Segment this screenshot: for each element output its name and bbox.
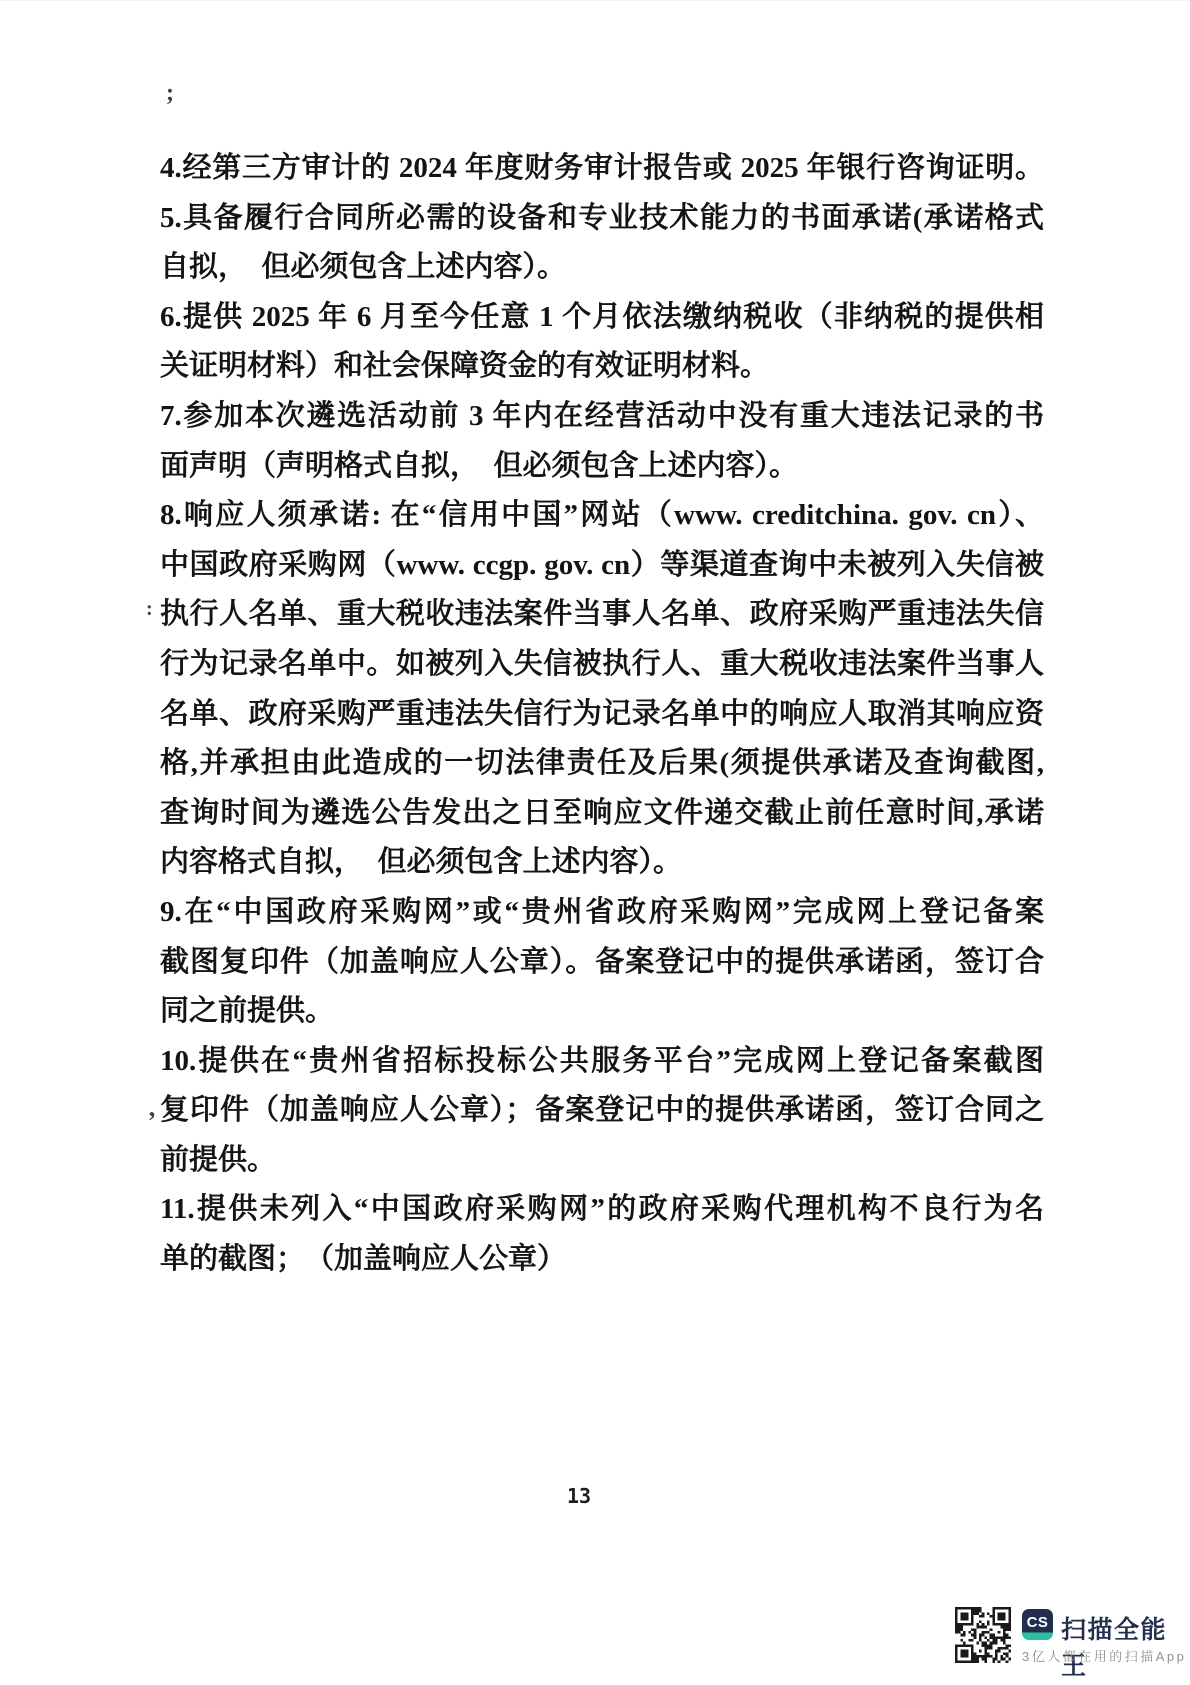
text-line: 面声明（声明格式自拟， 但必须包含上述内容）。: [160, 442, 1044, 492]
qr-code: [955, 1607, 1011, 1663]
text-line: 执行人名单、重大税收违法案件当事人名单、政府采购严重违法失信: [160, 590, 1044, 640]
scan-artifact-left-margin: :: [146, 599, 153, 619]
text-line: 查询时间为遴选公告发出之日至响应文件递交截止前任意时间,承诺: [160, 789, 1044, 839]
text-line: 自拟， 但必须包含上述内容）。: [160, 243, 1044, 293]
camscanner-logo-icon: CS: [1022, 1609, 1053, 1640]
logo-initials: CS: [1027, 1614, 1049, 1631]
text-line: 6.提供 2025 年 6 月至今任意 1 个月依法缴纳税收（非纳税的提供相: [160, 293, 1044, 343]
scan-artifact-top: ;: [166, 81, 174, 105]
text-line: 中国政府采购网（www. ccgp. gov. cn）等渠道查询中未被列入失信被: [160, 541, 1044, 591]
text-line: 复印件（加盖响应人公章）；备案登记中的提供承诺函，签订合同之: [160, 1086, 1044, 1136]
text-line: 内容格式自拟， 但必须包含上述内容）。: [160, 838, 1044, 888]
watermark-tagline: 3亿人都在用的扫描App: [1022, 1646, 1186, 1665]
text-line: 格,并承担由此造成的一切法律责任及后果(须提供承诺及查询截图,: [160, 739, 1044, 789]
text-line: 同之前提供。: [160, 987, 1044, 1037]
text-line: 截图复印件（加盖响应人公章）。备案登记中的提供承诺函，签订合: [160, 938, 1044, 988]
text-line: 9.在“中国政府采购网”或“贵州省政府采购网”完成网上登记备案: [160, 888, 1044, 938]
text-line: 7.参加本次遴选活动前 3 年内在经营活动中没有重大违法记录的书: [160, 392, 1044, 442]
text-line: 11.提供未列入“中国政府采购网”的政府采购代理机构不良行为名: [160, 1185, 1044, 1235]
text-line: 4.经第三方审计的 2024 年度财务审计报告或 2025 年银行咨询证明。: [160, 144, 1044, 194]
text-line: 8.响应人须承诺: 在“信用中国”网站（www. creditchina. go…: [160, 491, 1044, 541]
document-body: 4.经第三方审计的 2024 年度财务审计报告或 2025 年银行咨询证明。5.…: [160, 144, 1044, 1285]
scanned-document-page: ; : , 4.经第三方审计的 2024 年度财务审计报告或 2025 年银行咨…: [0, 0, 1190, 1685]
text-line: 单的截图； （加盖响应人公章）: [160, 1235, 1044, 1285]
page-number: 13: [549, 1484, 609, 1508]
text-line: 名单、政府采购严重违法失信行为记录名单中的响应人取消其响应资: [160, 690, 1044, 740]
scan-artifact-lower: ,: [147, 1095, 156, 1122]
text-line: 10.提供在“贵州省招标投标公共服务平台”完成网上登记备案截图: [160, 1037, 1044, 1087]
text-line: 前提供。: [160, 1136, 1044, 1186]
text-line: 关证明材料）和社会保障资金的有效证明材料。: [160, 342, 1044, 392]
text-line: 行为记录名单中。如被列入失信被执行人、重大税收违法案件当事人: [160, 640, 1044, 690]
text-line: 5.具备履行合同所必需的设备和专业技术能力的书面承诺(承诺格式: [160, 194, 1044, 244]
